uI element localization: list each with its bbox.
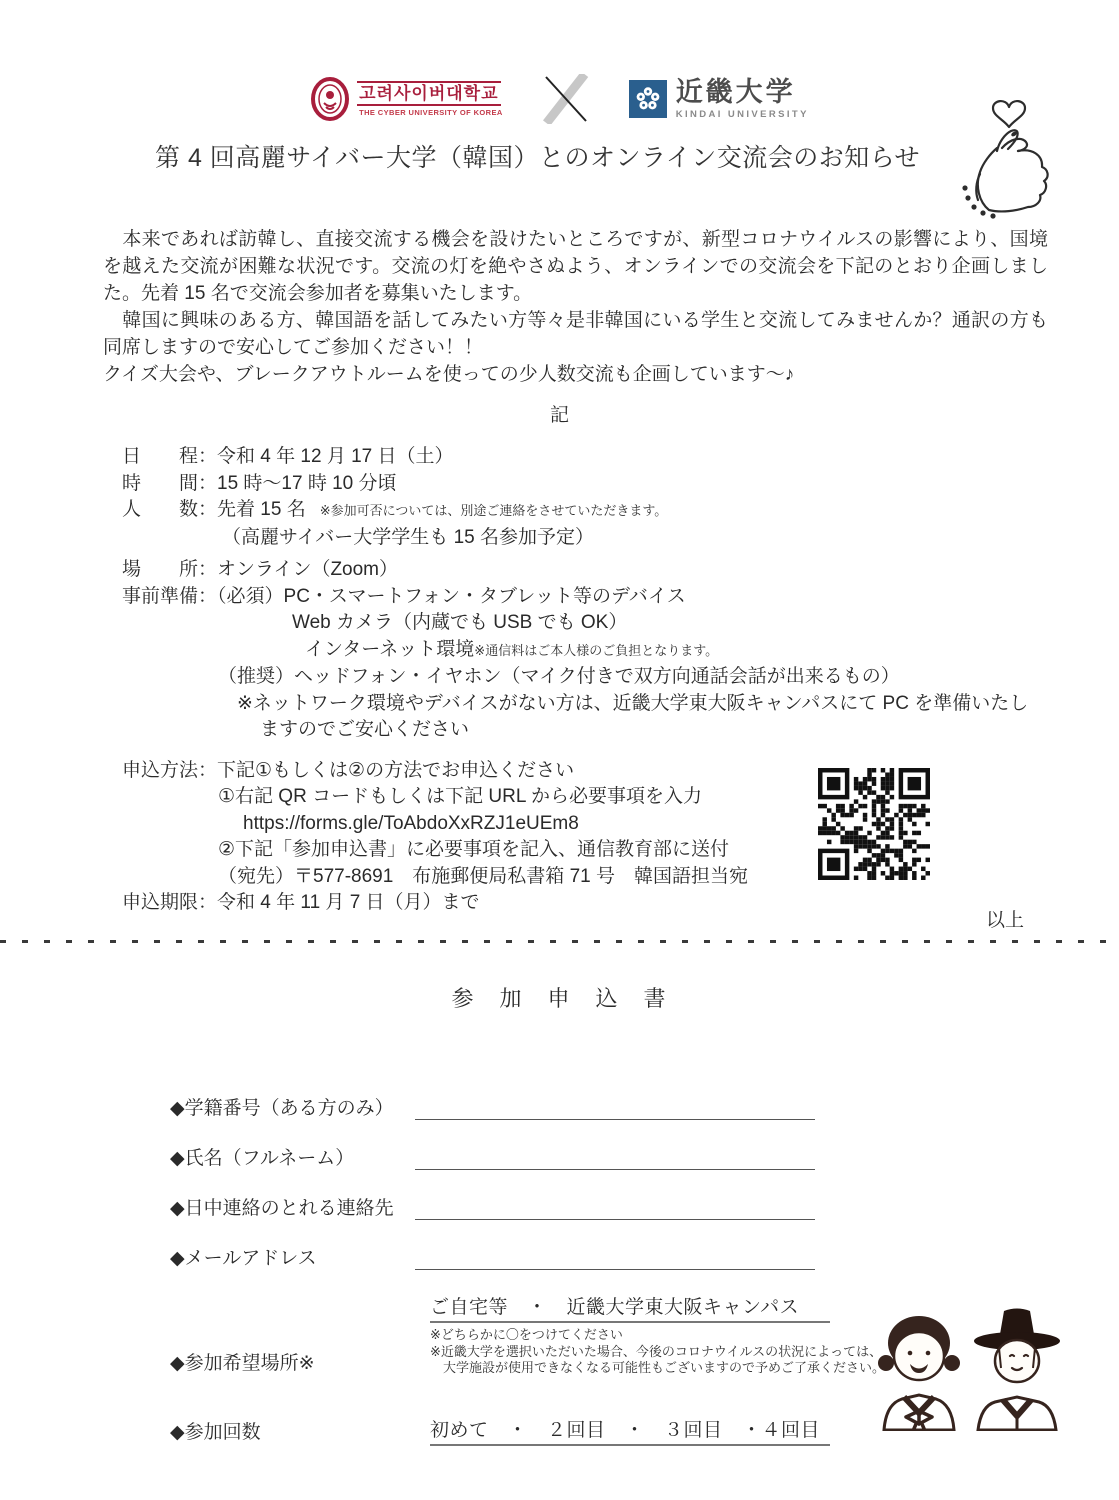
field-underline — [415, 1143, 815, 1170]
kcu-logo: 고려사이버대학교 THE CYBER UNIVERSITY OF KOREA — [310, 77, 503, 121]
kcu-emblem-icon — [310, 77, 350, 121]
location-note-2: ※近畿大学を選択いただいた場合、今後のコロナウイルスの状況によっては、 — [430, 1344, 830, 1361]
detail-internet: インターネット環境※通信料はご本人様のご負担となります。 — [122, 637, 1062, 665]
kcu-korean-name: 고려사이버대학교 — [357, 81, 500, 107]
field-underline — [415, 1093, 815, 1120]
location-note-1: ※どちらかに〇をつけてください — [430, 1327, 830, 1344]
finger-heart-icon — [957, 82, 1075, 220]
detail-preparation: 事前準備：（必須）PC・スマートフォン・タブレット等のデバイス — [122, 584, 1062, 611]
count-options: 初めて ・ ２回目 ・ ３回目 ・４回目 — [430, 1415, 830, 1446]
kindai-english-name: KINDAI UNIVERSITY — [676, 109, 809, 120]
intro-paragraph-2: 韓国に興味のある方、韓国語を話してみたい方等々是非韓国にいる学生と交流してみませ… — [103, 307, 1048, 361]
field-underline — [415, 1193, 815, 1220]
kindai-japanese-name: 近畿大学 — [676, 79, 809, 106]
form-title: 参 加 申 込 書 — [0, 982, 1119, 1013]
intro-text: 本来であれば訪韓し、直接交流する機会を設けたいところですが、新型コロナウイルスの… — [103, 226, 1048, 388]
field-label: ◆メールアドレス — [170, 1243, 415, 1270]
detail-note-1: ※ネットワーク環境やデバイスがない方は、近畿大学東大阪キャンパスにて PC を準… — [122, 691, 1062, 718]
x-separator-icon — [543, 74, 589, 124]
page-title: 第 4 回高麗サイバー大学（韓国）とのオンライン交流会のお知らせ — [155, 138, 920, 174]
field-label: ◆氏名（フルネーム） — [170, 1143, 415, 1170]
kindai-logo: 近畿大学 KINDAI UNIVERSITY — [629, 79, 809, 120]
document-page: 고려사이버대학교 THE CYBER UNIVERSITY OF KOREA — [0, 0, 1119, 1500]
field-name: ◆氏名（フルネーム） — [170, 1142, 1020, 1170]
record-mark: 記 — [0, 400, 1119, 427]
qr-code — [818, 768, 930, 880]
detail-capacity-sub: （高麗サイバー大学学生も 15 名参加予定） — [122, 525, 1062, 552]
detail-time: 時 間：15 時～17 時 10 分頃 — [122, 471, 1062, 498]
hanbok-couple-icon — [872, 1303, 1066, 1431]
location-options: ご自宅等 ・ 近畿大学東大阪キャンパス — [430, 1292, 830, 1323]
intro-paragraph-1: 本来であれば訪韓し、直接交流する機会を設けたいところですが、新型コロナウイルスの… — [103, 226, 1048, 307]
header-logos: 고려사이버대학교 THE CYBER UNIVERSITY OF KOREA — [0, 74, 1119, 124]
detail-capacity: 人 数：先着 15 名※参加可否については、別途ご連絡をさせていただきます。 — [122, 497, 1062, 525]
detail-recommended: （推奨）ヘッドフォン・イヤホン（マイク付きで双方向通話会話が出来るもの） — [122, 664, 1062, 691]
kcu-english-name: THE CYBER UNIVERSITY OF KOREA — [357, 108, 503, 117]
detail-webcam: Web カメラ（内蔵でも USB でも OK） — [122, 610, 1062, 637]
intro-paragraph-3: クイズ大会や、ブレークアウトルームを使っての少人数交流も企画しています～♪ — [103, 361, 1048, 388]
dashed-separator — [0, 940, 1119, 943]
field-label: ◆日中連絡のとれる連絡先 — [170, 1193, 415, 1220]
closing-mark: 以上 — [986, 905, 1024, 932]
location-note-3: 大学施設が使用できなくなる可能性もございますので予めご了承ください。 — [430, 1360, 830, 1377]
field-underline — [415, 1243, 815, 1270]
field-email: ◆メールアドレス — [170, 1242, 1020, 1270]
detail-note-2: ますのでご安心ください — [122, 717, 1062, 744]
internet-note: ※通信料はご本人様のご負担となります。 — [474, 643, 718, 658]
application-deadline: 申込期限：令和 4 年 11 月 7 日（月）まで — [122, 890, 1062, 917]
detail-date: 日 程：令和 4 年 12 月 17 日（土） — [122, 444, 1062, 471]
kindai-flower-icon — [635, 86, 661, 112]
field-label: ◆学籍番号（ある方のみ） — [170, 1093, 415, 1120]
field-student-number: ◆学籍番号（ある方のみ） — [170, 1092, 1020, 1120]
field-label: ◆参加回数 — [170, 1417, 430, 1446]
capacity-note: ※参加可否については、別途ご連絡をさせていただきます。 — [320, 503, 668, 518]
field-label: ◆参加希望場所※ — [170, 1348, 430, 1377]
field-daytime-contact: ◆日中連絡のとれる連絡先 — [170, 1192, 1020, 1220]
detail-place: 場 所：オンライン（Zoom） — [122, 557, 1062, 584]
